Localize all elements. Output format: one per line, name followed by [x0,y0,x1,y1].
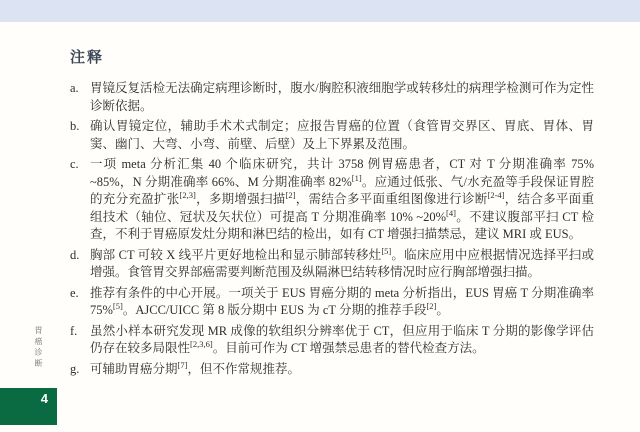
note-item: d.胸部 CT 可较 X 线平片更好地检出和显示肺部转移灶[5]。临床应用中应根… [70,247,594,282]
note-label: g. [70,361,90,379]
note-text-segment: ，多期增强扫描 [196,192,286,206]
reference-superscript: [2-4] [487,190,504,200]
top-strip [0,0,640,22]
notes-section: 注释 a.胃镜反复活检无法确定病理诊断时，腹水/胸腔积液细胞学或转移灶的病理学检… [70,46,594,381]
reference-superscript: [2] [426,301,436,311]
note-label: c. [70,156,90,174]
page-number: 4 [41,391,48,406]
note-text-segment: 确认胃镜定位，辅助手术术式制定；应报告胃癌的位置（食管胃交界区、胃底、胃体、胃窦… [90,119,594,151]
reference-superscript: [2,3] [179,190,195,200]
note-label: b. [70,118,90,136]
note-item: g.可辅助胃癌分期[7]，但不作常规推荐。 [70,361,594,379]
note-text-segment: 。 [436,303,449,317]
note-text-segment: ，但不作常规推荐。 [187,362,300,376]
reference-superscript: [7] [178,359,188,369]
document-page: 注释 a.胃镜反复活检无法确定病理诊断时，腹水/胸腔积液细胞学或转移灶的病理学检… [0,0,640,432]
notes-list: a.胃镜反复活检无法确定病理诊断时，腹水/胸腔积液细胞学或转移灶的病理学检测可作… [70,80,594,378]
note-item: e.推荐有条件的中心开展。一项关于 EUS 胃癌分期的 meta 分析指出，EU… [70,285,594,320]
note-text: 虽然小样本研究发现 MR 成像的软组织分辨率优于 CT，但应用于临床 T 分期的… [90,323,594,358]
note-item: c.一项 meta 分析汇集 40 个临床研究，共计 3758 例胃癌患者，CT… [70,156,594,244]
note-text-segment: 。AJCC/UICC 第 8 版分期中 EUS 为 cT 分期的推荐手段 [123,303,427,317]
note-text: 可辅助胃癌分期[7]，但不作常规推荐。 [90,361,594,379]
page-number-box: 4 [0,388,57,425]
reference-superscript: [2,3,6] [190,339,213,349]
reference-superscript: [5] [381,245,391,255]
note-text-segment: 胸部 CT 可较 X 线平片更好地检出和显示肺部转移灶 [90,248,381,262]
reference-superscript: [4] [446,207,456,217]
note-item: f.虽然小样本研究发现 MR 成像的软组织分辨率优于 CT，但应用于临床 T 分… [70,323,594,358]
note-item: b.确认胃镜定位，辅助手术术式制定；应报告胃癌的位置（食管胃交界区、胃底、胃体、… [70,118,594,153]
note-text: 一项 meta 分析汇集 40 个临床研究，共计 3758 例胃癌患者，CT 对… [90,156,594,244]
reference-superscript: [1] [352,172,362,182]
note-text-segment: 可辅助胃癌分期 [90,362,178,376]
note-text: 确认胃镜定位，辅助手术术式制定；应报告胃癌的位置（食管胃交界区、胃底、胃体、胃窦… [90,118,594,153]
note-text: 胸部 CT 可较 X 线平片更好地检出和显示肺部转移灶[5]。临床应用中应根据情… [90,247,594,282]
side-tab-label: 胃癌诊断 [33,326,44,370]
note-text: 推荐有条件的中心开展。一项关于 EUS 胃癌分期的 meta 分析指出，EUS … [90,285,594,320]
note-label: d. [70,247,90,265]
note-item: a.胃镜反复活检无法确定病理诊断时，腹水/胸腔积液细胞学或转移灶的病理学检测可作… [70,80,594,115]
note-text-segment: ，需结合多平面重组图像进行诊断 [295,192,487,206]
note-text-segment: 胃镜反复活检无法确定病理诊断时，腹水/胸腔积液细胞学或转移灶的病理学检测可作为定… [90,81,594,113]
note-label: e. [70,285,90,303]
note-text: 胃镜反复活检无法确定病理诊断时，腹水/胸腔积液细胞学或转移灶的病理学检测可作为定… [90,80,594,115]
section-heading: 注释 [70,46,594,67]
note-text-segment: 。目前可作为 CT 增强禁忌患者的替代检查方法。 [213,341,485,355]
reference-superscript: [2] [286,190,296,200]
note-label: a. [70,80,90,98]
reference-superscript: [5] [113,301,123,311]
note-label: f. [70,323,90,341]
